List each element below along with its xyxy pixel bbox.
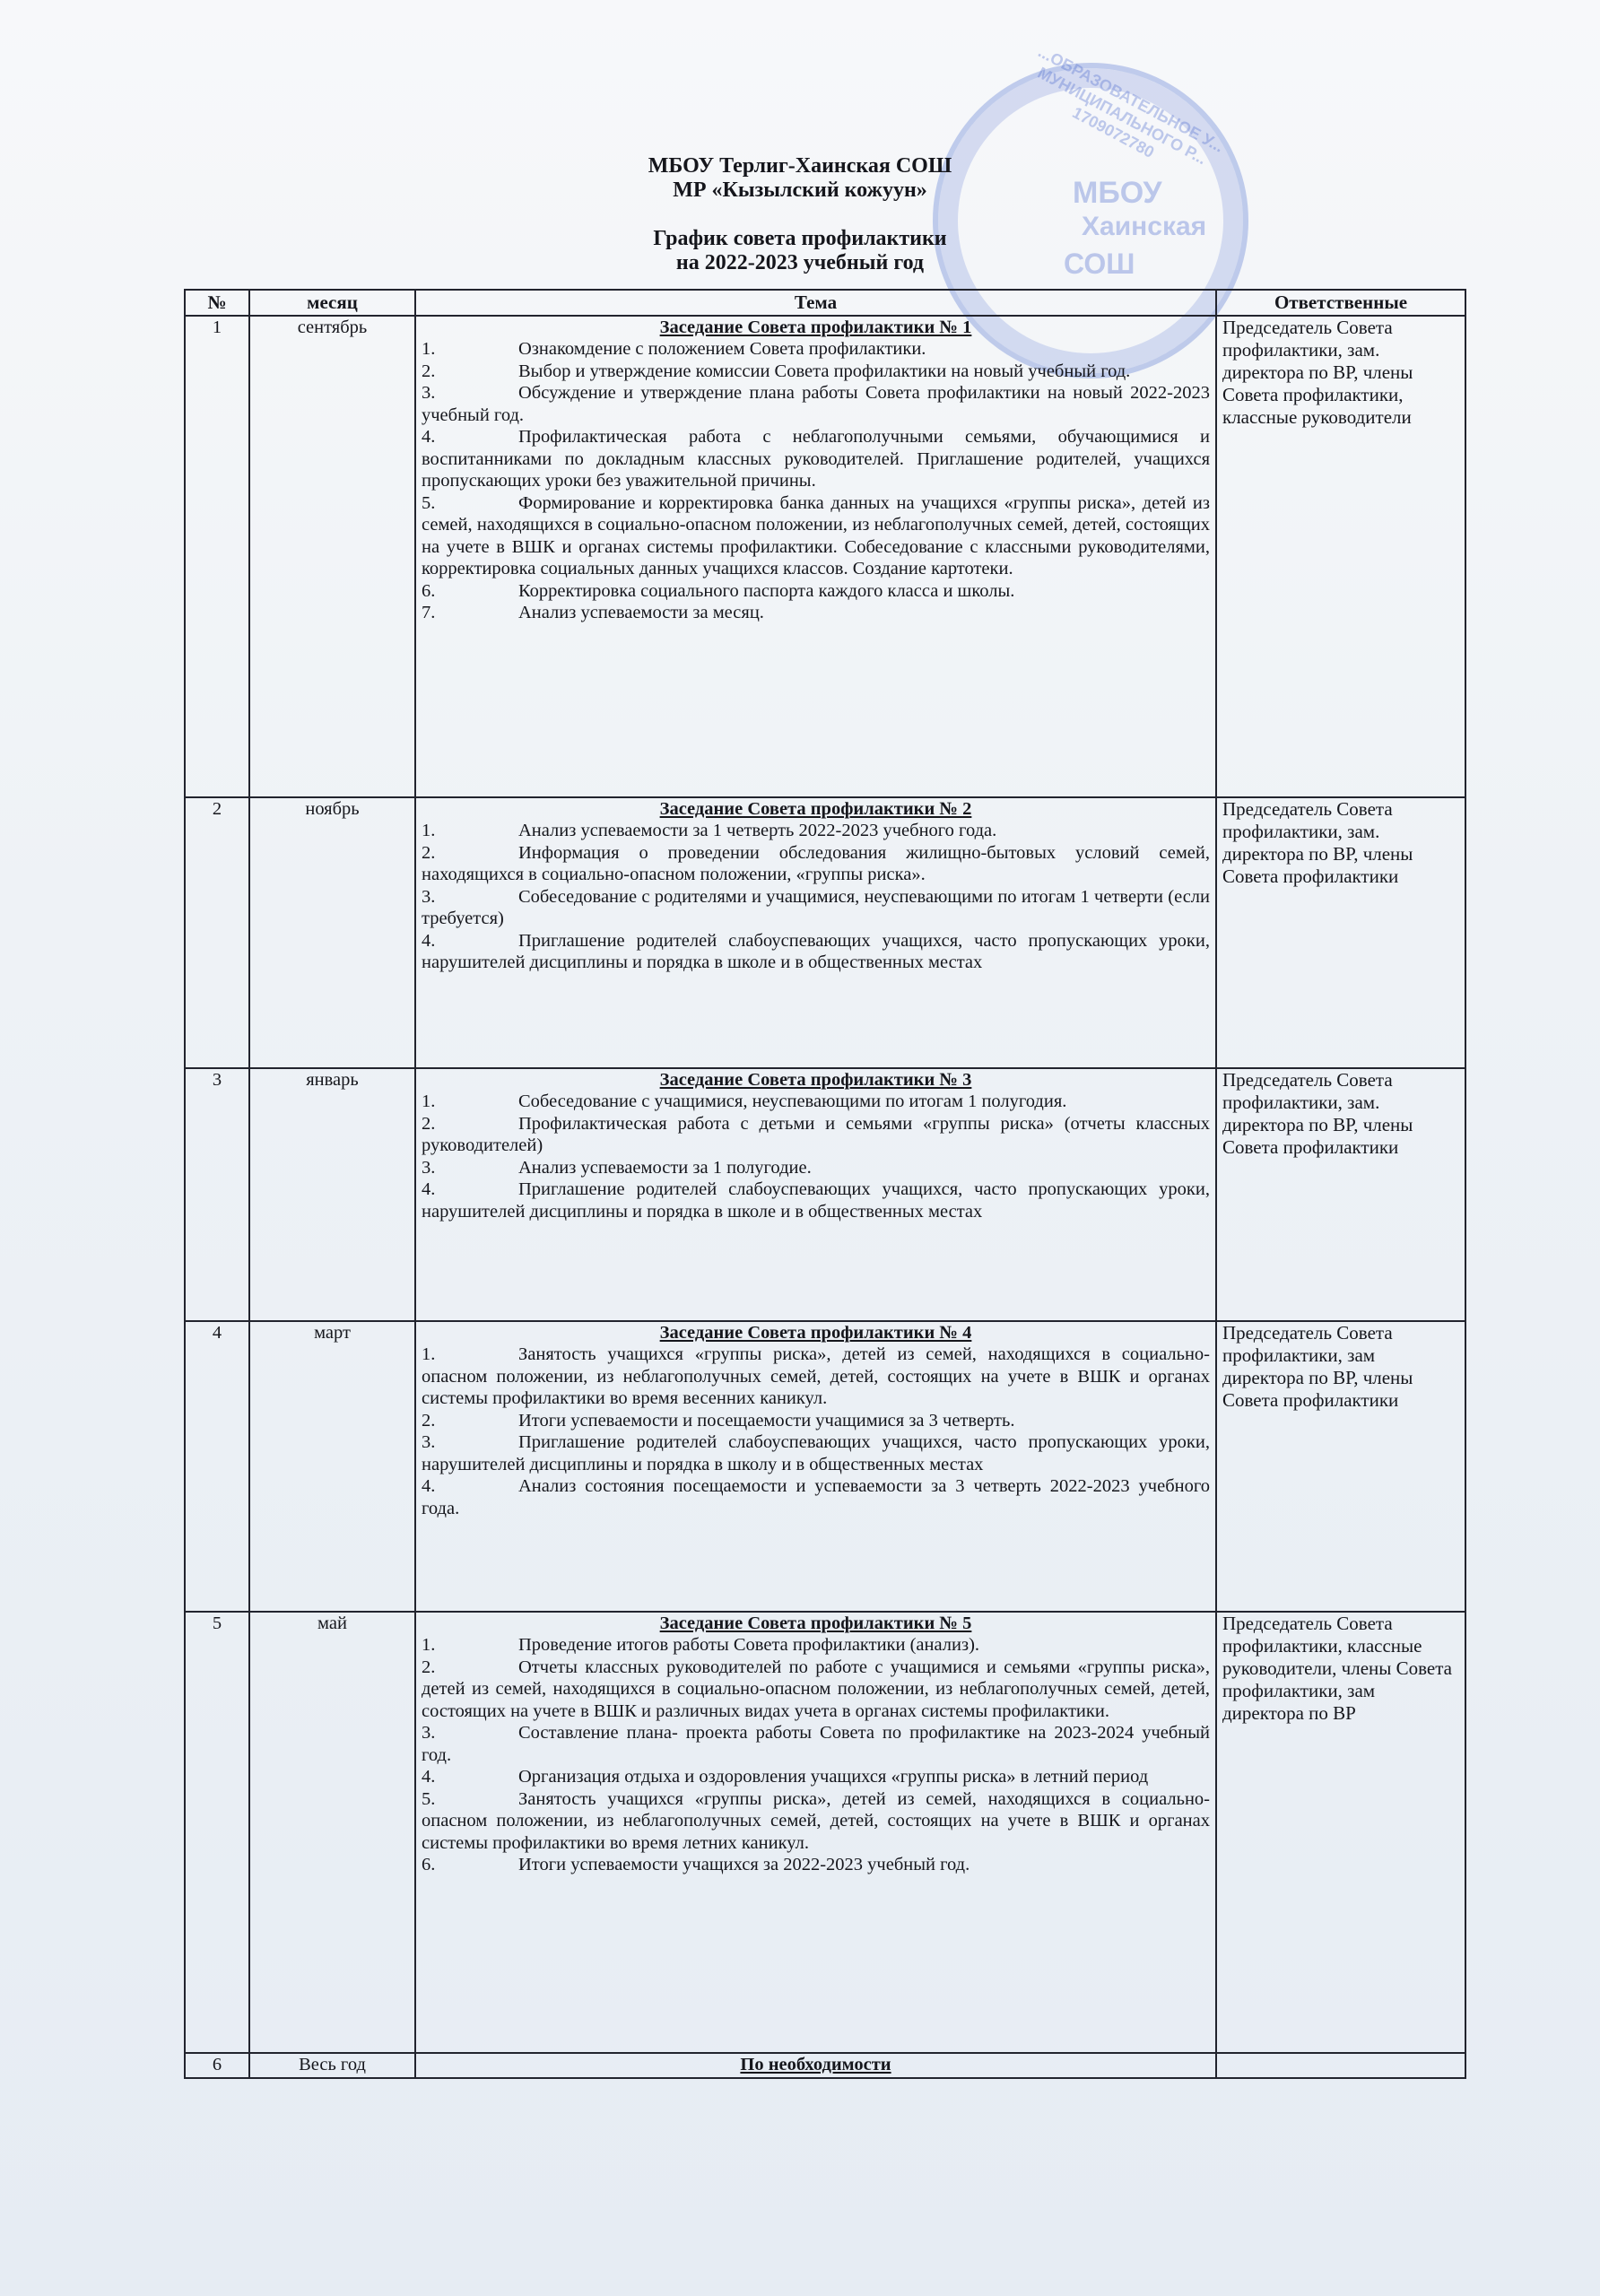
- agenda-item-text: Занятость учащихся «группы риска», детей…: [422, 1789, 1210, 1853]
- row-topic: Заседание Совета профилактики № 21.Анали…: [415, 797, 1216, 1068]
- agenda-item: 4.Организация отдыха и оздоровления учащ…: [422, 1766, 1210, 1788]
- agenda-item-number: 6.: [422, 580, 518, 603]
- agenda-item-number: 4.: [422, 1178, 518, 1201]
- row-topic: Заседание Совета профилактики № 31.Собес…: [415, 1068, 1216, 1321]
- row-topic: Заседание Совета профилактики № 11.Ознак…: [415, 316, 1216, 797]
- agenda-item: 4.Профилактическая работа с неблагополуч…: [422, 426, 1210, 492]
- agenda-item-text: Корректировка социального паспорта каждо…: [518, 581, 1014, 601]
- row-topic: По необходимости: [415, 2053, 1216, 2078]
- agenda-item-text: Обсуждение и утверждение плана работы Со…: [422, 383, 1210, 425]
- agenda-item: 1.Занятость учащихся «группы риска», дет…: [422, 1344, 1210, 1410]
- agenda-item: 6.Итоги успеваемости учащихся за 2022-20…: [422, 1854, 1210, 1876]
- row-month: март: [249, 1321, 415, 1612]
- row-topic: Заседание Совета профилактики № 41.Занят…: [415, 1321, 1216, 1612]
- org-district: МР «Кызылский кожуун»: [0, 178, 1600, 203]
- agenda-item-number: 3.: [422, 886, 518, 909]
- row-responsible: Председатель Совета профилактики, зам. д…: [1216, 797, 1465, 1068]
- meeting-title: Заседание Совета профилактики № 3: [422, 1069, 1210, 1091]
- row-month: январь: [249, 1068, 415, 1321]
- row-number: 6: [185, 2053, 249, 2078]
- agenda-item-number: 1.: [422, 820, 518, 842]
- agenda-item: 2.Выбор и утверждение комиссии Совета пр…: [422, 361, 1210, 383]
- agenda-item: 1.Проведение итогов работы Совета профил…: [422, 1634, 1210, 1657]
- agenda-item-text: Итоги успеваемости учащихся за 2022-2023…: [518, 1855, 970, 1874]
- agenda-item: 5.Формирование и корректировка банка дан…: [422, 492, 1210, 580]
- row-month: ноябрь: [249, 797, 415, 1068]
- row-number: 5: [185, 1612, 249, 2053]
- agenda-item-number: 4.: [422, 1475, 518, 1498]
- agenda-item-number: 1.: [422, 1344, 518, 1366]
- row-number: 3: [185, 1068, 249, 1321]
- agenda-item: 7.Анализ успеваемости за месяц.: [422, 602, 1210, 624]
- row-month: май: [249, 1612, 415, 2053]
- row-responsible: Председатель Совета профилактики, зам. д…: [1216, 1068, 1465, 1321]
- row-number: 2: [185, 797, 249, 1068]
- agenda-item-text: Приглашение родителей слабоуспевающих уч…: [422, 1179, 1210, 1222]
- agenda-item: 1.Собеседование с учащимися, неуспевающи…: [422, 1091, 1210, 1113]
- agenda-item: 3.Составление плана- проекта работы Сове…: [422, 1722, 1210, 1766]
- table-row: 5майЗаседание Совета профилактики № 51.П…: [185, 1612, 1465, 2053]
- agenda-item-number: 2.: [422, 1657, 518, 1679]
- agenda-item-number: 4.: [422, 1766, 518, 1788]
- agenda-item-text: Анализ успеваемости за 1 четверть 2022-2…: [518, 821, 996, 840]
- agenda-item: 4.Приглашение родителей слабоуспевающих …: [422, 930, 1210, 974]
- agenda-item: 3.Собеседование с родителями и учащимися…: [422, 886, 1210, 930]
- agenda-item-number: 7.: [422, 602, 518, 624]
- agenda-item-text: Организация отдыха и оздоровления учащих…: [518, 1767, 1148, 1787]
- row-responsible: [1216, 2053, 1465, 2078]
- document-subtitle: на 2022-2023 учебный год: [0, 251, 1600, 275]
- agenda-item-text: Профилактическая работа с неблагополучны…: [422, 427, 1210, 491]
- meeting-title: По необходимости: [422, 2054, 1210, 2076]
- agenda-item-number: 4.: [422, 426, 518, 448]
- table-row: 6Весь годПо необходимости: [185, 2053, 1465, 2078]
- agenda-item-number: 1.: [422, 1634, 518, 1657]
- agenda-item-text: Анализ успеваемости за месяц.: [518, 603, 764, 622]
- agenda-item-number: 3.: [422, 1157, 518, 1179]
- agenda-item-text: Ознакомдение с положением Совета профила…: [518, 339, 926, 359]
- agenda-item: 3.Приглашение родителей слабоуспевающих …: [422, 1431, 1210, 1475]
- agenda-item-text: Отчеты классных руководителей по работе …: [422, 1657, 1210, 1721]
- table-row: 3январьЗаседание Совета профилактики № 3…: [185, 1068, 1465, 1321]
- agenda-item: 3.Анализ успеваемости за 1 полугодие.: [422, 1157, 1210, 1179]
- agenda-item: 2.Профилактическая работа с детьми и сем…: [422, 1113, 1210, 1157]
- table-row: 2ноябрьЗаседание Совета профилактики № 2…: [185, 797, 1465, 1068]
- agenda-item: 4.Приглашение родителей слабоуспевающих …: [422, 1178, 1210, 1222]
- agenda-item-number: 1.: [422, 1091, 518, 1113]
- column-header-number: №: [185, 290, 249, 316]
- agenda-item-text: Составление плана- проекта работы Совета…: [422, 1723, 1210, 1765]
- agenda-item-number: 5.: [422, 492, 518, 515]
- org-name: МБОУ Терлиг-Хаинская СОШ: [0, 154, 1600, 178]
- agenda-item: 6.Корректировка социального паспорта каж…: [422, 580, 1210, 603]
- agenda-item-number: 1.: [422, 338, 518, 361]
- row-responsible: Председатель Совета профилактики, классн…: [1216, 1612, 1465, 2053]
- agenda-item: 2.Информация о проведении обследования ж…: [422, 842, 1210, 886]
- row-number: 4: [185, 1321, 249, 1612]
- meeting-title: Заседание Совета профилактики № 4: [422, 1322, 1210, 1344]
- agenda-item-text: Приглашение родителей слабоуспевающих уч…: [422, 1432, 1210, 1474]
- agenda-item: 1.Ознакомдение с положением Совета профи…: [422, 338, 1210, 361]
- agenda-item-text: Проведение итогов работы Совета профилак…: [518, 1635, 979, 1655]
- table-row: 4мартЗаседание Совета профилактики № 41.…: [185, 1321, 1465, 1612]
- table-header-row: № месяц Тема Ответственные: [185, 290, 1465, 316]
- agenda-item: 5.Занятость учащихся «группы риска», дет…: [422, 1788, 1210, 1855]
- agenda-item-text: Приглашение родителей слабоуспевающих уч…: [422, 931, 1210, 973]
- agenda-item-number: 2.: [422, 361, 518, 383]
- row-topic: Заседание Совета профилактики № 51.Прове…: [415, 1612, 1216, 2053]
- agenda-item-number: 2.: [422, 842, 518, 865]
- row-month: Весь год: [249, 2053, 415, 2078]
- agenda-item-text: Собеседование с учащимися, неуспевающими…: [518, 1091, 1066, 1111]
- agenda-item-text: Информация о проведении обследования жил…: [422, 843, 1210, 885]
- agenda-item-number: 3.: [422, 1722, 518, 1744]
- column-header-responsible: Ответственные: [1216, 290, 1465, 316]
- schedule-table: № месяц Тема Ответственные 1сентябрьЗасе…: [184, 289, 1466, 2079]
- document-page: ...ОБРАЗОВАТЕЛЬНОЕ У... МУНИЦИПАЛЬНОГО Р…: [0, 0, 1600, 2296]
- agenda-item-number: 3.: [422, 382, 518, 404]
- agenda-item-text: Итоги успеваемости и посещаемости учащим…: [518, 1411, 1014, 1431]
- row-number: 1: [185, 316, 249, 797]
- meeting-title: Заседание Совета профилактики № 2: [422, 798, 1210, 821]
- agenda-item-text: Анализ состояния посещаемости и успеваем…: [422, 1476, 1210, 1518]
- agenda-item-number: 2.: [422, 1113, 518, 1135]
- agenda-item-number: 4.: [422, 930, 518, 952]
- agenda-item-number: 3.: [422, 1431, 518, 1454]
- agenda-item-number: 2.: [422, 1410, 518, 1432]
- agenda-item: 2.Отчеты классных руководителей по работ…: [422, 1657, 1210, 1723]
- agenda-item-number: 6.: [422, 1854, 518, 1876]
- row-responsible: Председатель Совета профилактики, зам ди…: [1216, 1321, 1465, 1612]
- document-title: График совета профилактики: [0, 227, 1600, 251]
- agenda-item-number: 5.: [422, 1788, 518, 1811]
- agenda-item-text: Анализ успеваемости за 1 полугодие.: [518, 1158, 812, 1178]
- agenda-item-text: Выбор и утверждение комиссии Совета проф…: [518, 361, 1130, 381]
- agenda-item: 4.Анализ состояния посещаемости и успева…: [422, 1475, 1210, 1519]
- table-row: 1сентябрьЗаседание Совета профилактики №…: [185, 316, 1465, 797]
- document-header: МБОУ Терлиг-Хаинская СОШ МР «Кызылский к…: [0, 154, 1600, 275]
- agenda-item-text: Формирование и корректировка банка данны…: [422, 493, 1210, 579]
- agenda-item: 2.Итоги успеваемости и посещаемости учащ…: [422, 1410, 1210, 1432]
- agenda-item-text: Собеседование с родителями и учащимися, …: [422, 887, 1210, 929]
- row-month: сентябрь: [249, 316, 415, 797]
- row-responsible: Председатель Совета профилактики, зам. д…: [1216, 316, 1465, 797]
- column-header-month: месяц: [249, 290, 415, 316]
- agenda-item: 1.Анализ успеваемости за 1 четверть 2022…: [422, 820, 1210, 842]
- meeting-title: Заседание Совета профилактики № 1: [422, 317, 1210, 339]
- agenda-item-text: Занятость учащихся «группы риска», детей…: [422, 1344, 1210, 1408]
- meeting-title: Заседание Совета профилактики № 5: [422, 1613, 1210, 1635]
- agenda-item-text: Профилактическая работа с детьми и семья…: [422, 1114, 1210, 1156]
- agenda-item: 3.Обсуждение и утверждение плана работы …: [422, 382, 1210, 426]
- column-header-topic: Тема: [415, 290, 1216, 316]
